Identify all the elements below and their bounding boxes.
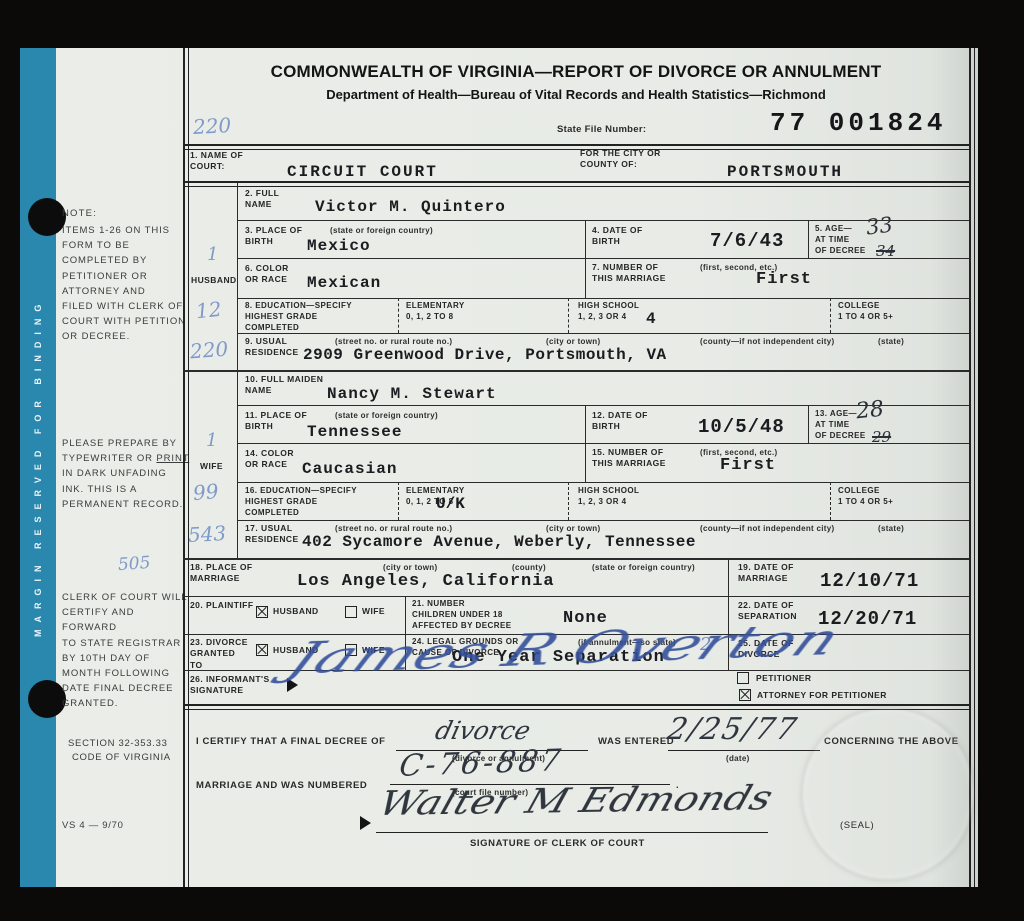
numbered-label: MARRIAGE AND WAS NUMBERED xyxy=(196,780,367,791)
wife-dob-label: 12. DATE OF BIRTH xyxy=(592,410,648,433)
marriage-place-hint-state: (state or foreign country) xyxy=(592,563,695,572)
husband-race-value: Mexican xyxy=(307,274,381,292)
husband-birthplace-hint: (state or foreign country) xyxy=(330,226,433,235)
marriage-place-label: 18. PLACE OF MARRIAGE xyxy=(190,562,253,585)
plaintiff-husband-option: HUSBAND xyxy=(273,606,319,617)
husband-residence-value: 2909 Greenwood Drive, Portsmouth, VA xyxy=(303,346,667,364)
attorney-checkbox xyxy=(739,689,751,701)
wife-birthplace-value: Tennessee xyxy=(307,423,402,441)
husband-name-value: Victor M. Quintero xyxy=(315,198,506,216)
embossed-seal xyxy=(800,706,976,882)
husband-residence-hint-county: (county—if not independent city) xyxy=(700,337,834,346)
wife-name-label: 10. FULL MAIDEN NAME xyxy=(245,374,323,397)
certify-prefix: I CERTIFY THAT A FINAL DECREE OF xyxy=(196,736,386,747)
husband-birthplace-label: 3. PLACE OF BIRTH xyxy=(245,225,302,248)
husband-highschool-label: HIGH SCHOOL 1, 2, 3 OR 4 xyxy=(578,301,639,323)
wife-pencil-1: 1 xyxy=(206,430,217,451)
wife-pencil-99: 99 xyxy=(192,479,219,505)
wife-pencil-543: 543 xyxy=(187,521,226,547)
margin-note-2-part2: IN DARK UNFADING INK. THIS IS A PERMANEN… xyxy=(62,468,183,509)
margin-pencil-505: 505 xyxy=(117,553,151,575)
punch-hole-bottom xyxy=(28,680,66,718)
rule xyxy=(568,298,569,333)
husband-dob-value: 7/6/43 xyxy=(710,230,784,252)
wife-race-value: Caucasian xyxy=(302,460,397,478)
rule xyxy=(237,298,969,299)
section-reference: SECTION 32-353.33 xyxy=(68,736,168,751)
husband-residence-hint-state: (state) xyxy=(878,337,904,346)
rule xyxy=(830,298,831,333)
husband-birthplace-value: Mexico xyxy=(307,237,371,255)
rule xyxy=(398,298,399,333)
margin-note-3: CLERK OF COURT WILL CERTIFY AND FORWARD … xyxy=(62,590,192,712)
rule xyxy=(568,482,569,520)
husband-age-label: 5. AGE— AT TIME OF DECREE xyxy=(815,224,866,256)
court-name-value: CIRCUIT COURT xyxy=(287,163,438,181)
husband-education-label: 8. EDUCATION—SPECIFY HIGHEST GRADE COMPL… xyxy=(245,301,352,333)
margin-note-heading: NOTE: xyxy=(62,206,97,221)
court-for-value: PORTSMOUTH xyxy=(727,163,843,181)
paper-sheet: MARGIN RESERVED FOR BINDING NOTE: ITEMS … xyxy=(20,48,978,887)
rule xyxy=(830,482,831,520)
binding-margin-text: MARGIN RESERVED FOR BINDING xyxy=(22,48,54,887)
wife-residence-value: 402 Sycamore Avenue, Weberly, Tennessee xyxy=(302,533,696,551)
husband-residence-hint-street: (street no. or rural route no.) xyxy=(335,337,452,346)
attorney-option: ATTORNEY FOR PETITIONER xyxy=(757,690,887,701)
husband-race-label: 6. COLOR OR RACE xyxy=(245,263,289,286)
husband-elementary-label: ELEMENTARY 0, 1, 2 TO 8 xyxy=(406,301,465,323)
wife-highschool-label: HIGH SCHOOL 1, 2, 3 OR 4 xyxy=(578,486,639,508)
marriage-date-label: 19. DATE OF MARRIAGE xyxy=(738,562,794,585)
court-row-rule xyxy=(183,181,969,187)
rule xyxy=(585,405,586,482)
rule xyxy=(808,405,809,443)
state-file-number-label: State File Number: xyxy=(557,124,646,135)
wife-marriage-number-value: First xyxy=(720,456,776,475)
form-subtitle: Department of Health—Bureau of Vital Rec… xyxy=(183,87,969,102)
wife-education-label: 16. EDUCATION—SPECIFY HIGHEST GRADE COMP… xyxy=(245,486,357,518)
rule xyxy=(237,482,969,483)
plaintiff-husband-checkbox xyxy=(256,606,268,618)
rule xyxy=(237,520,969,521)
marriage-date-value: 12/10/71 xyxy=(820,570,919,592)
form-title: COMMONWEALTH OF VIRGINIA—REPORT OF DIVOR… xyxy=(183,62,969,82)
wife-dob-value: 10/5/48 xyxy=(698,416,785,438)
marriage-place-hint-city: (city or town) xyxy=(383,563,437,572)
husband-residence-label: 9. USUAL RESIDENCE xyxy=(245,336,299,359)
wife-age-value: 28 xyxy=(855,397,885,425)
header-rule xyxy=(183,144,969,150)
marriage-place-value: Los Angeles, California xyxy=(297,572,555,591)
code-reference: CODE OF VIRGINIA xyxy=(72,750,171,765)
clerk-signature: Walter M Edmonds xyxy=(374,778,778,824)
wife-college-label: COLLEGE 1 TO 4 OR 5+ xyxy=(838,486,893,508)
husband-college-label: COLLEGE 1 TO 4 OR 5+ xyxy=(838,301,893,323)
husband-name-label: 2. FULL NAME xyxy=(245,188,279,211)
husband-dob-label: 4. DATE OF BIRTH xyxy=(592,225,643,248)
entered-date-value: 2/25/77 xyxy=(664,712,801,747)
scanned-divorce-report: MARGIN RESERVED FOR BINDING NOTE: ITEMS … xyxy=(0,0,1024,921)
rule xyxy=(183,370,969,372)
plaintiff-label: 20. PLAINTIFF xyxy=(190,600,253,611)
petitioner-option: PETITIONER xyxy=(756,673,812,684)
clerk-caption: SIGNATURE OF CLERK OF COURT xyxy=(470,838,645,849)
form-code: VS 4 — 9/70 xyxy=(62,818,124,833)
rule xyxy=(398,482,399,520)
certification-rule xyxy=(183,704,969,710)
margin-note-1: ITEMS 1-26 ON THIS FORM TO BE COMPLETED … xyxy=(62,223,188,345)
clerk-arrow-icon xyxy=(360,816,371,830)
punch-hole-top xyxy=(28,198,66,236)
entered-date-hint: (date) xyxy=(726,754,750,763)
file-number-value: C-76-887 xyxy=(397,743,566,784)
wife-birthplace-hint: (state or foreign country) xyxy=(335,411,438,420)
entered-label: WAS ENTERED xyxy=(598,736,674,747)
wife-residence-hint-city: (city or town) xyxy=(546,524,600,533)
margin-note-2: PLEASE PREPARE BY TYPEWRITER OR PRINT IN… xyxy=(62,436,190,512)
rule xyxy=(237,443,969,444)
rule xyxy=(237,258,969,259)
wife-race-label: 14. COLOR OR RACE xyxy=(245,448,294,471)
wife-education-value: U/K xyxy=(436,495,465,513)
wife-residence-hint-state: (state) xyxy=(878,524,904,533)
state-file-number-stamp: 77 001824 xyxy=(770,108,946,138)
rule xyxy=(183,558,969,560)
court-for-label: FOR THE CITY OR COUNTY OF: xyxy=(580,148,661,171)
husband-pencil-220: 220 xyxy=(189,337,229,364)
rule xyxy=(808,220,809,258)
wife-residence-label: 17. USUAL RESIDENCE xyxy=(245,523,299,546)
husband-age-value: 33 xyxy=(865,212,894,239)
court-name-label: 1. NAME OF COURT: xyxy=(190,150,243,173)
marriage-place-hint-county: (county) xyxy=(512,563,546,572)
husband-education-value: 4 xyxy=(646,310,656,328)
wife-age-struck: 29 xyxy=(872,428,891,446)
petitioner-checkbox xyxy=(737,672,749,684)
decree-type-value: divorce xyxy=(432,716,533,745)
husband-marriage-number-value: First xyxy=(756,270,812,289)
rule xyxy=(237,220,969,221)
informant-label: 26. INFORMANT'S SIGNATURE xyxy=(190,674,270,697)
husband-side-label: HUSBAND xyxy=(191,275,237,286)
husband-pencil-1: 1 xyxy=(207,244,218,265)
granted-label: 23. DIVORCE GRANTED TO xyxy=(190,637,248,671)
granted-husband-checkbox xyxy=(256,644,268,656)
husband-pencil-12: 12 xyxy=(195,297,223,324)
plaintiff-wife-checkbox xyxy=(345,606,357,618)
rule xyxy=(585,220,586,298)
pencil-top-220: 220 xyxy=(192,113,231,139)
wife-name-value: Nancy M. Stewart xyxy=(327,385,497,403)
wife-residence-hint-county: (county—if not independent city) xyxy=(700,524,834,533)
wife-side-label: WIFE xyxy=(200,461,223,472)
plaintiff-wife-option: WIFE xyxy=(362,606,385,617)
husband-marriage-number-label: 7. NUMBER OF THIS MARRIAGE xyxy=(592,262,666,285)
wife-birthplace-label: 11. PLACE OF BIRTH xyxy=(245,410,307,433)
rule xyxy=(183,596,969,597)
form-left-border xyxy=(183,48,189,887)
wife-marriage-number-label: 15. NUMBER OF THIS MARRIAGE xyxy=(592,447,666,470)
wife-residence-hint-street: (street no. or rural route no.) xyxy=(335,524,452,533)
husband-age-struck: 34 xyxy=(876,242,895,260)
husband-residence-hint-city: (city or town) xyxy=(546,337,600,346)
